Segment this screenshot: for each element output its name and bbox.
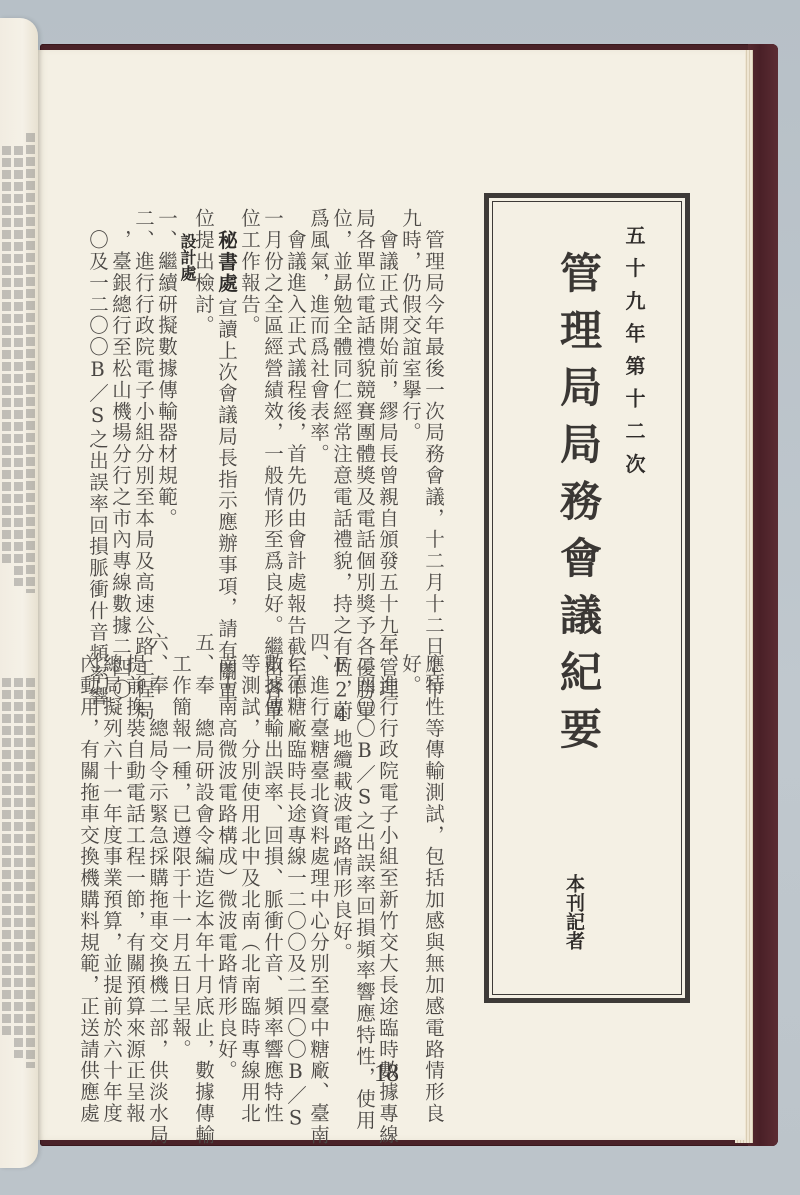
bleed-through-text — [2, 678, 11, 1038]
list-item: 工作簡報一種，已遵限于十一月五日呈報。 — [169, 632, 192, 1060]
text-column: 管理局今年最後一次局務會議，十二月十二日上午 — [422, 208, 445, 700]
bleed-through-text — [26, 133, 35, 593]
bleed-through-text — [2, 146, 11, 566]
text-column: 應特性等傳輸測試，包括加感與無加感電路情形良 — [422, 632, 445, 1124]
list-item: 內動用，有關拖車交換機購料規範，正送請供應處 — [77, 632, 100, 1124]
text-column: 好。 — [399, 632, 422, 696]
list-item: 仁德糖廠臨時長途專線一二〇〇及二四〇〇B／S — [284, 632, 307, 1131]
text-column: 會議進入正式議程後，首先仍由會計處報告截至十 — [284, 208, 307, 700]
text-column: 會議正式開始前，繆局長曾親自頒發五十九年管理 — [376, 208, 399, 700]
list-item: 六、奉 總局令示緊急採購拖車交換機二部，供淡水局 — [146, 632, 169, 1146]
article-title: 管理局局務會議紀要 — [548, 251, 608, 764]
list-item: 提前換裝自動電話工程一節，有關預算來源正呈報 — [123, 632, 146, 1124]
page-number: 18 — [374, 1060, 399, 1088]
previous-page-edge — [0, 18, 38, 1168]
text-column: 九時，仍假交誼室擧行。 — [399, 208, 422, 443]
bleed-through-text — [14, 678, 23, 1058]
bleed-through-text — [14, 146, 23, 586]
list-item: 四、進行臺糖臺北資料處理中心分別至臺中糖廠、臺南 — [307, 632, 330, 1146]
byline: 本刊記者 — [561, 874, 588, 950]
list-item: 南十南高微波電路構成）微波電路情形良好。 — [215, 632, 238, 1081]
text-column: 爲風氣，進而爲社會表率。 — [307, 208, 330, 465]
design-dept-label: 設計處 — [178, 233, 196, 281]
list-item: 一、繼續研擬數據傳輸器材規範。 — [155, 208, 178, 529]
list-item: 總局擬列六十一年度事業預算，並提前於六十年度 — [100, 632, 123, 1124]
text-column: 位工作報告。 — [238, 208, 261, 336]
list-item: 二四〇〇B／S之出誤率回損頻率響應特性，使用 — [353, 632, 376, 1131]
list-item: 五、奉 總局研設會令編造迄本年十月底止，數據傳輸 — [192, 632, 215, 1146]
list-item: 等測試，分別使用北中及北南（北南臨時專線用北 — [238, 632, 261, 1124]
list-item: 數據傳輸出誤率、回損、脈衝什音、頻率響應特性 — [261, 632, 284, 1124]
issue-subtitle: 五十九年第十二次 — [620, 225, 649, 486]
list-item: F24地纜載波電路情形良好。 — [330, 632, 353, 964]
bleed-through-text — [26, 678, 35, 1068]
list-item: ，臺銀總行至松山機場分行之市內專線數據二四〇 — [109, 208, 132, 700]
